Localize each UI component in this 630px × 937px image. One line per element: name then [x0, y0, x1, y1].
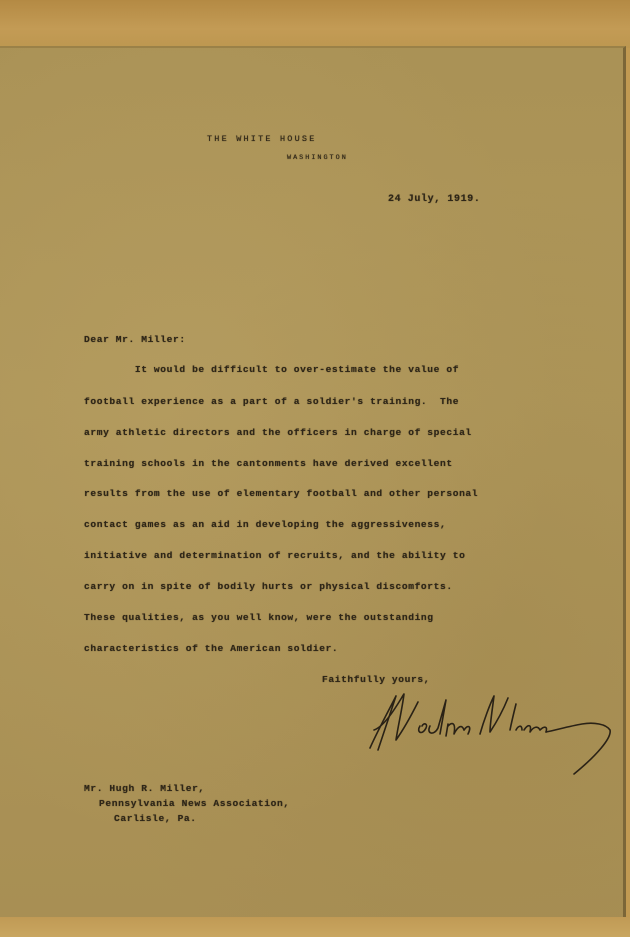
body-line: carry on in spite of bodily hurts or phy… — [84, 581, 453, 592]
scan-bottom-margin — [0, 917, 630, 937]
recipient-organization: Pennsylvania News Association, — [99, 798, 290, 809]
body-line: contact games as an aid in developing th… — [84, 519, 446, 530]
scan-top-margin — [0, 0, 630, 48]
salutation: Dear Mr. Miller: — [84, 334, 186, 345]
body-line: training schools in the cantonments have… — [84, 458, 453, 469]
letterhead-title: THE WHITE HOUSE — [207, 134, 317, 144]
recipient-name: Mr. Hugh R. Miller, — [84, 783, 205, 794]
letterhead-city: WASHINGTON — [287, 154, 348, 162]
handwritten-signature — [360, 690, 620, 790]
closing: Faithfully yours, — [322, 674, 430, 685]
body-line: characteristics of the American soldier. — [84, 643, 338, 654]
recipient-location: Carlisle, Pa. — [114, 813, 197, 824]
letter-date: 24 July, 1919. — [388, 194, 480, 205]
body-line: results from the use of elementary footb… — [84, 488, 478, 499]
body-line: These qualities, as you well know, were … — [84, 612, 434, 623]
body-line: football experience as a part of a soldi… — [84, 396, 459, 407]
body-line: It would be difficult to over-estimate t… — [84, 364, 459, 375]
body-line: army athletic directors and the officers… — [84, 427, 472, 438]
body-line: initiative and determination of recruits… — [84, 550, 465, 561]
